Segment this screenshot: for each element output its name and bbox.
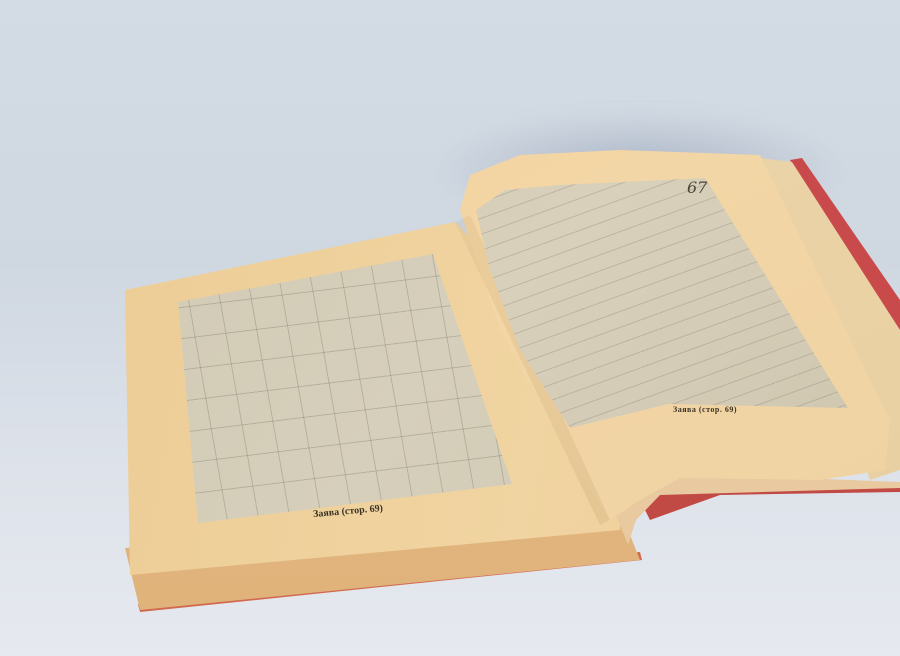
book-photo: Заява (стор. 69) 67 Заява (стор. 69) (0, 0, 900, 656)
handwritten-page-number: 67 (687, 178, 707, 197)
right-caption: Заява (стор. 69) (673, 405, 737, 414)
